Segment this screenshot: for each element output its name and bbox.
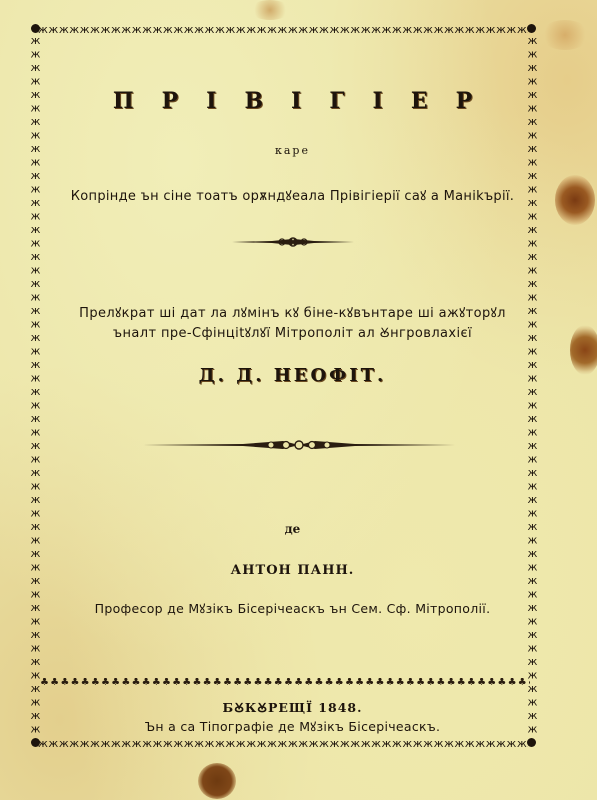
patron-name: Д. Д. НЕОФІТ. <box>40 365 545 386</box>
author-name: АНТОН ПАНН. <box>40 563 545 578</box>
stain <box>198 763 236 799</box>
stain <box>570 325 597 375</box>
border-top: жжжжжжжжжжжжжжжжжжжжжжжжжжжжжжжжжжжжжжжж… <box>38 24 528 35</box>
stain <box>250 0 290 20</box>
decorative-border: жжжжжжжжжжжжжжжжжжжжжжжжжжжжжжжжжжжжжжжж… <box>30 24 535 749</box>
corner-ornament-icon <box>527 24 536 33</box>
ornamental-rule-icon <box>232 237 354 247</box>
border-bottom: жжжжжжжжжжжжжжжжжжжжжжжжжжжжжжжжжжжжжжжж… <box>38 738 528 749</box>
corner-ornament-icon <box>527 738 536 747</box>
club-ornament-rule: ♣♣♣♣♣♣♣♣♣♣♣♣♣♣♣♣♣♣♣♣♣♣♣♣♣♣♣♣♣♣♣♣♣♣♣♣♣♣♣♣… <box>40 678 530 688</box>
corner-ornament-icon <box>31 24 40 33</box>
author-title: Професор де Мꙋзікъ Бісерічеаскъ ън Сем. … <box>40 600 545 617</box>
stain <box>555 175 595 225</box>
border-left: жжжжжжжжжжжжжжжжжжжжжжжжжжжжжжжжжжжжжжжж… <box>30 34 41 739</box>
imprint-printer: Ън а са Тіпографіе де Мꙋзікъ Бісерічеаск… <box>40 718 545 735</box>
book-title: ПРІВІГІЕР <box>40 88 545 114</box>
description-line-2: ъналт пре-Сфінціtꙋлꙋї Мітрополіт ал Ꙋнгр… <box>40 323 545 341</box>
border-right: жжжжжжжжжжжжжжжжжжжжжжжжжжжжжжжжжжжжжжжж… <box>527 34 538 739</box>
corner-ornament-icon <box>31 738 40 747</box>
imprint-place-year: БꙊКꙊРЕЩЇ 1848. <box>40 699 545 716</box>
subtitle-word: каре <box>40 144 545 157</box>
subtitle-line: Копрінде ън сіне тоатъ орѫндꙋеала Прівіг… <box>40 186 545 204</box>
ornamental-rule-icon <box>143 439 455 451</box>
stain <box>540 20 590 50</box>
by-word: де <box>40 522 545 536</box>
description-line-1: Прелꙋкрат ші дат ла лꙋмінъ кꙋ біне-кꙋвън… <box>40 303 545 321</box>
